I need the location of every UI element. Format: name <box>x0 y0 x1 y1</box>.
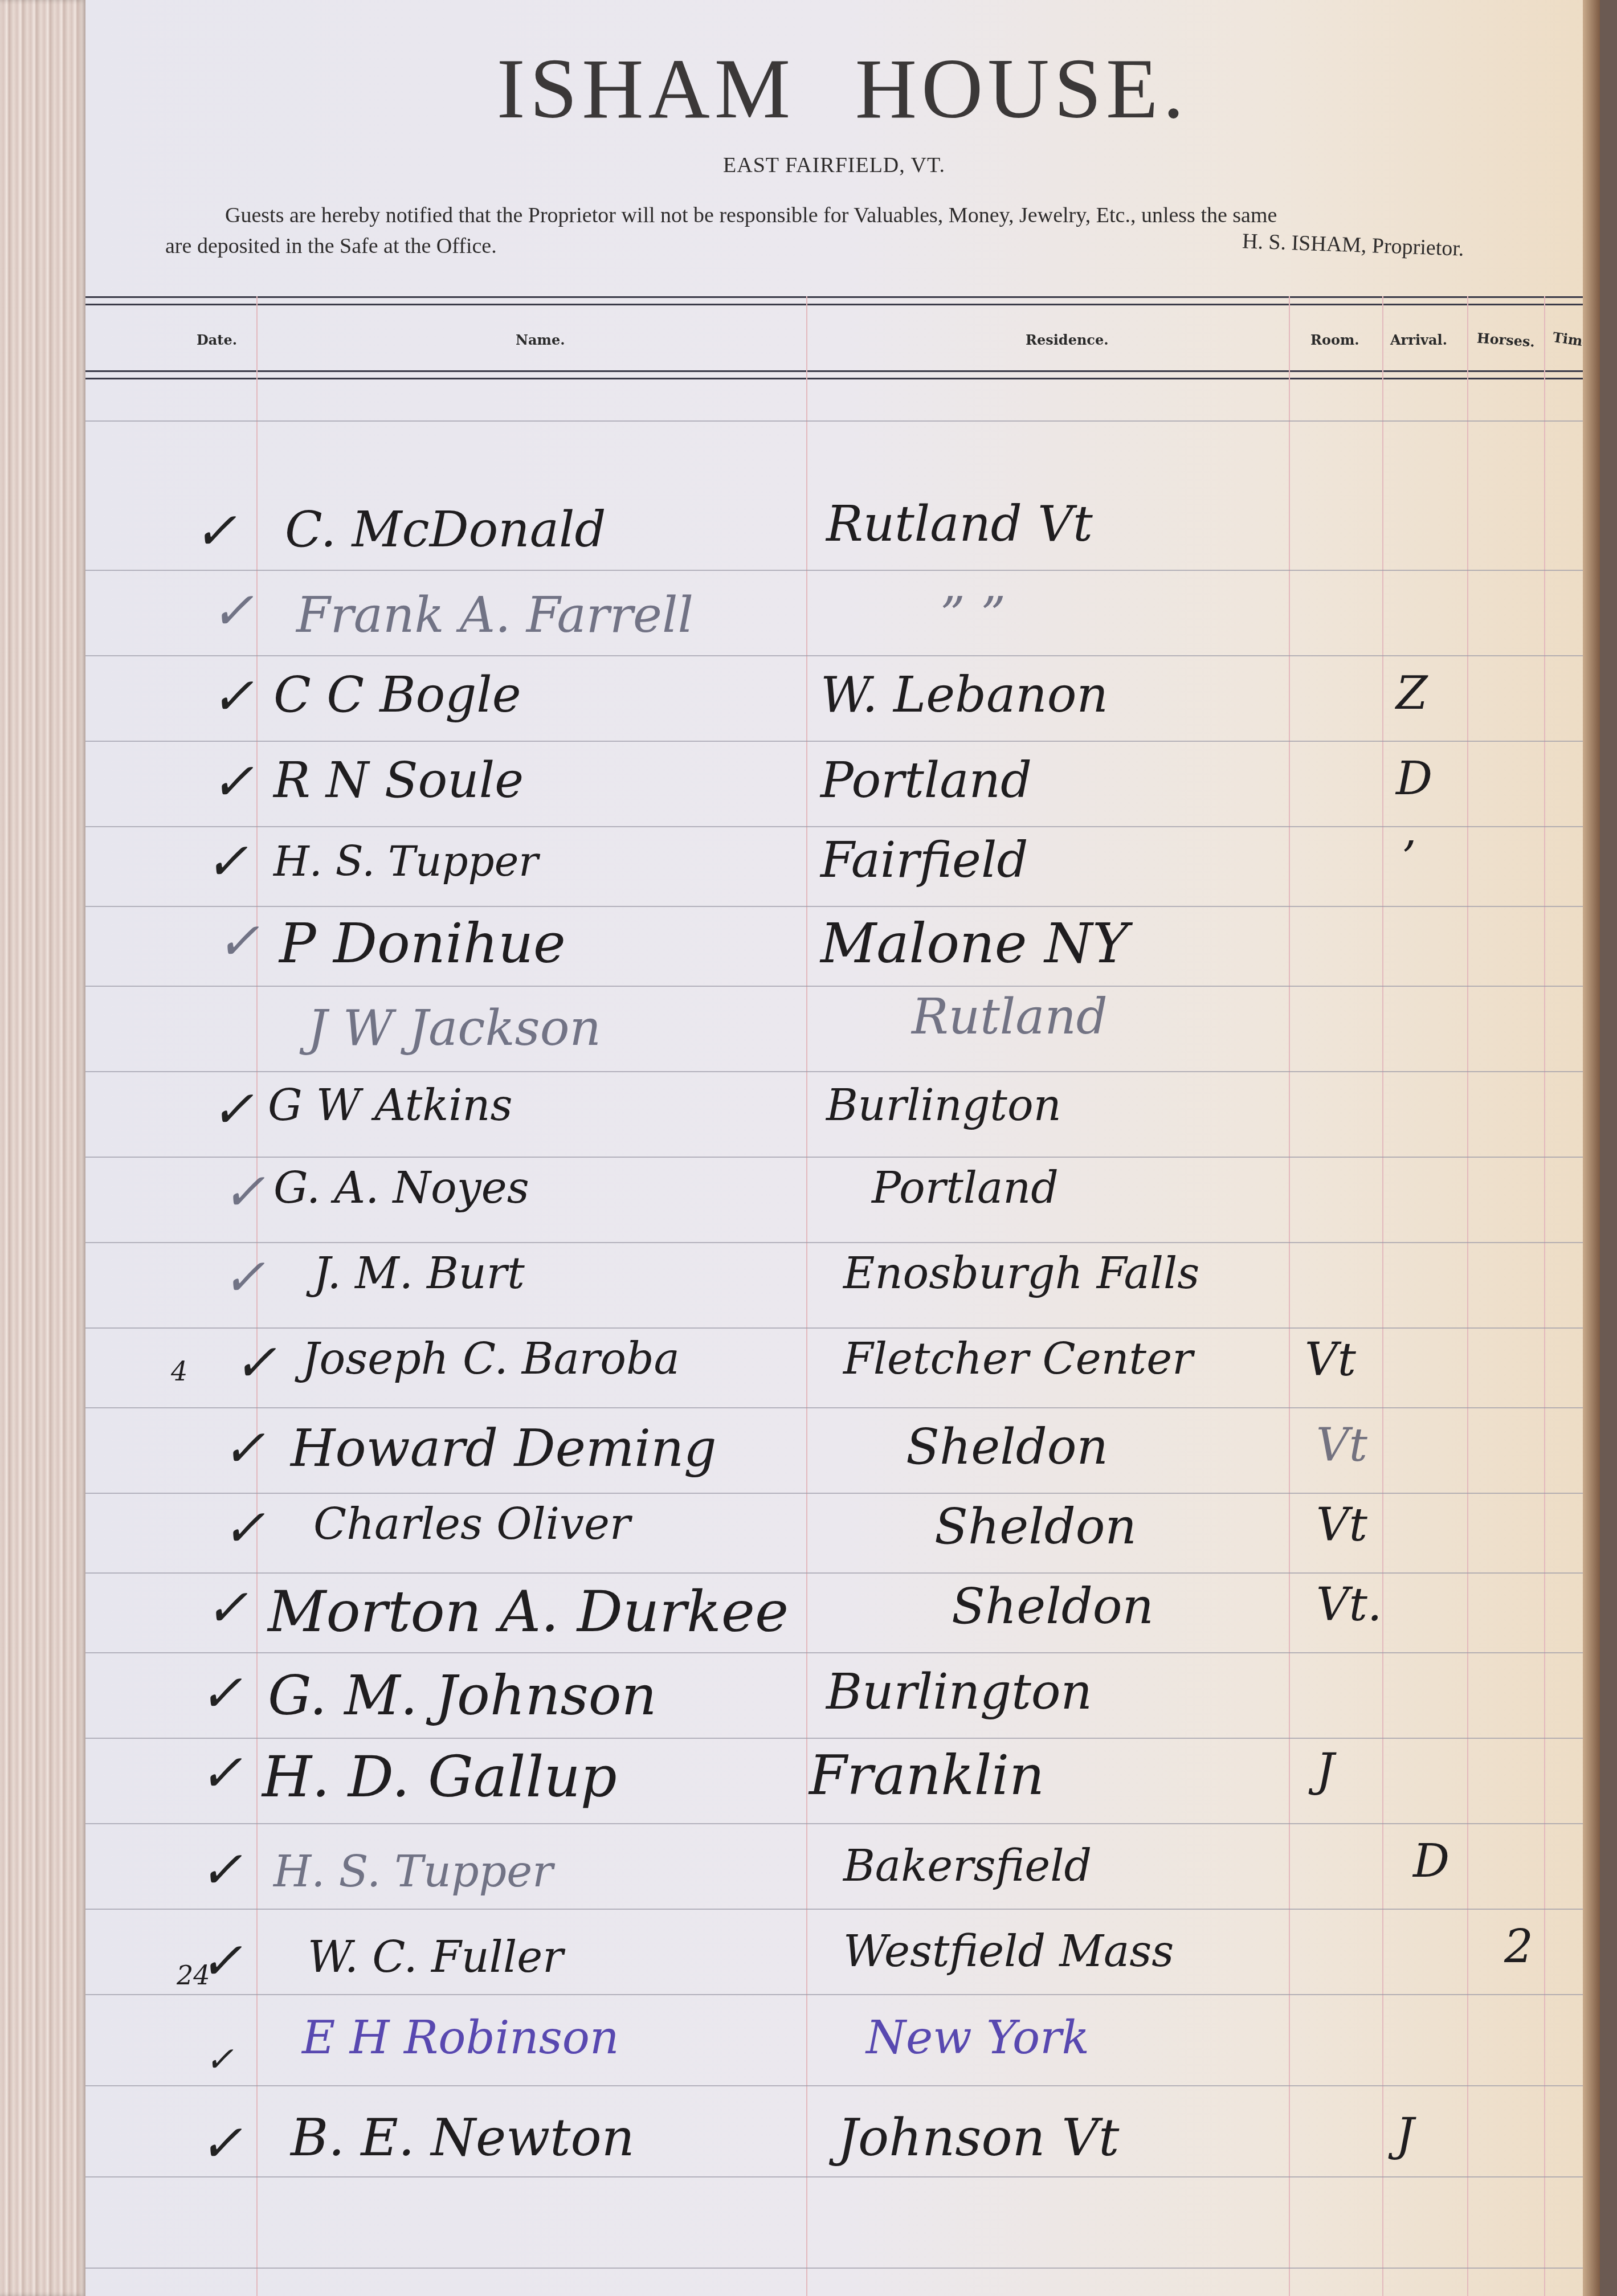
checkmark-icon: ✓ <box>199 1931 242 1991</box>
guest-residence: Westfield Mass <box>843 1926 1174 1976</box>
guest-residence: Sheldon <box>906 1419 1108 1476</box>
guest-name: Joseph C. Baroba <box>302 1333 680 1384</box>
arrival-mark: D <box>1413 1835 1449 1888</box>
guest-name: H. D. Gallup <box>262 1743 617 1810</box>
checkmark-icon: ✓ <box>211 667 254 726</box>
notice-text-line-1: Guests are hereby notified that the Prop… <box>225 203 1277 228</box>
guest-residence: Burlington <box>826 1664 1092 1721</box>
room-value: Vt <box>1316 1419 1367 1472</box>
guest-name: R N Soule <box>273 752 524 809</box>
checkmark-icon: ✓ <box>199 2114 242 2174</box>
register-entry: J W Jackson Rutland <box>85 994 1584 1080</box>
register-entry: 4 ✓ Joseph C. Baroba Fletcher Center Vt <box>85 1333 1584 1419</box>
header-rule-top <box>85 296 1584 305</box>
checkmark-icon: ✓ <box>222 1419 265 1478</box>
guest-name: G. M. Johnson <box>268 1664 656 1727</box>
guest-name: W. C. Fuller <box>308 1931 563 1982</box>
checkmark-icon: ✓ <box>199 1840 242 1900</box>
guest-name: H. S. Tupper <box>273 1846 553 1897</box>
register-entry: ✓ Charles Oliver Sheldon Vt <box>85 1498 1584 1584</box>
ruled-line <box>85 1738 1584 1739</box>
guest-residence: Malone NY <box>820 912 1129 975</box>
guest-residence: Burlington <box>826 1080 1061 1130</box>
horses-value: 2 <box>1504 1920 1533 1973</box>
header-rule-bottom <box>85 370 1584 379</box>
guest-name: J. M. Burt <box>313 1248 525 1298</box>
guest-name: Frank A. Farrell <box>296 587 693 644</box>
checkmark-icon: ✓ <box>222 1248 265 1308</box>
checkmark-icon: ✓ <box>199 1743 242 1803</box>
arrival-mark: D <box>1396 752 1432 805</box>
register-entry: ✓ Frank A. Farrell ” ” <box>85 581 1584 667</box>
guest-name: B. E. Newton <box>291 2108 635 2168</box>
guest-residence: W. Lebanon <box>820 667 1108 724</box>
room-value: Vt <box>1316 1498 1367 1551</box>
column-header-residence: Residence. <box>1026 332 1109 348</box>
checkmark-icon: ✓ <box>211 752 254 812</box>
register-entry: ✓ B. E. Newton Johnson Vt J <box>85 2176 1584 2262</box>
register-entry: ✓ G W Atkins Burlington <box>85 1080 1584 1165</box>
register-entry: ✓ C. McDonald Rutland Vt <box>85 501 1584 587</box>
guest-residence: Sheldon <box>934 1498 1137 1555</box>
arrival-mark: Z <box>1396 667 1428 720</box>
guest-name: C. McDonald <box>285 501 606 558</box>
entry-date: 4 <box>171 1356 187 1387</box>
proprietor-signature-line: H. S. ISHAM, Proprietor. <box>1242 228 1464 262</box>
checkmark-icon: ✓ <box>222 1498 265 1558</box>
column-header-room: Room. <box>1310 332 1359 348</box>
guest-residence: New York <box>866 2011 1089 2064</box>
guest-name: E H Robinson <box>302 2011 619 2064</box>
register-entry: ✓ Howard Deming Sheldon Vt <box>85 1419 1584 1504</box>
guest-name: G W Atkins <box>268 1080 513 1130</box>
column-header-name: Name. <box>516 332 565 348</box>
guest-residence: Portland <box>820 752 1032 809</box>
guest-name: Howard Deming <box>291 1419 717 1478</box>
checkmark-icon: ✓ <box>194 501 236 561</box>
guest-residence: Rutland Vt <box>826 496 1093 553</box>
arrival-mark: J <box>1396 2108 1414 2161</box>
arrival-mark: ’ <box>1402 832 1416 885</box>
hotel-title: ISHAM HOUSE. <box>85 40 1600 138</box>
guest-name: Morton A. Durkee <box>268 1578 789 1645</box>
checkmark-icon: ✓ <box>211 581 254 641</box>
guest-residence: Franklin <box>809 1743 1044 1807</box>
register-entry: ✓ H. S. Tupper Fairfield ’ <box>85 832 1584 917</box>
guest-residence: Sheldon <box>952 1578 1154 1635</box>
column-headers: Date. Name. Residence. Room. Arrival. Ho… <box>85 319 1584 365</box>
guest-name: G. A. Noyes <box>273 1162 529 1213</box>
guest-residence: Bakersfield <box>843 1840 1092 1891</box>
guest-name: J W Jackson <box>308 1000 601 1057</box>
room-value: Vt. <box>1316 1578 1382 1631</box>
register-entry: ✓ C C Bogle W. Lebanon Z <box>85 667 1584 752</box>
register-entry: ✓ R N Soule Portland D <box>85 752 1584 837</box>
register-entry: ✓ P Donihue Malone NY <box>85 912 1584 997</box>
column-header-arrival: Arrival. <box>1390 332 1447 348</box>
room-value: Vt <box>1305 1333 1356 1386</box>
guest-residence: Johnson Vt <box>838 2108 1119 2168</box>
register-entry: ✓ Morton A. Durkee Sheldon Vt. <box>85 1578 1584 1664</box>
guest-name: C C Bogle <box>273 667 521 724</box>
checkmark-icon: ✓ <box>199 1664 242 1723</box>
guest-name: Charles Oliver <box>313 1498 630 1549</box>
guest-residence: Fletcher Center <box>843 1333 1193 1384</box>
book-spine-edge <box>1583 0 1600 2296</box>
checkmark-icon: ✓ <box>205 1578 248 1638</box>
guest-residence: Portland <box>872 1162 1059 1213</box>
guest-residence: Rutland <box>912 988 1108 1045</box>
ruled-line <box>85 420 1584 422</box>
guest-residence: Fairfield <box>820 832 1028 889</box>
column-header-date: Date. <box>197 332 237 348</box>
checkmark-icon: ✓ <box>222 1162 265 1222</box>
checkmark-icon: ✓ <box>234 1333 276 1393</box>
ruled-line <box>85 2268 1584 2269</box>
column-header-horses: Horses. <box>1476 329 1536 350</box>
page-stack-edge <box>0 0 85 2296</box>
register-entry: ✓ G. A. Noyes Portland <box>85 1162 1584 1248</box>
checkmark-icon: ✓ <box>205 832 248 892</box>
register-page: ISHAM HOUSE. EAST FAIRFIELD, VT. Guests … <box>85 0 1600 2296</box>
guest-name: P Donihue <box>279 912 566 975</box>
register-entry: ✓ J. M. Burt Enosburgh Falls <box>85 1248 1584 1333</box>
checkmark-icon: ✓ <box>217 912 259 971</box>
guest-residence: ” ” <box>940 587 1006 644</box>
notice-text-line-2: are deposited in the Safe at the Office. <box>165 234 497 259</box>
guest-residence: Enosburgh Falls <box>843 1248 1199 1298</box>
checkmark-icon: ✓ <box>211 1080 254 1139</box>
guest-name: H. S. Tupper <box>273 837 538 885</box>
hotel-location: EAST FAIRFIELD, VT. <box>85 153 1583 178</box>
checkmark-icon: ✓ <box>205 2040 234 2080</box>
room-value: J <box>1316 1743 1334 1796</box>
